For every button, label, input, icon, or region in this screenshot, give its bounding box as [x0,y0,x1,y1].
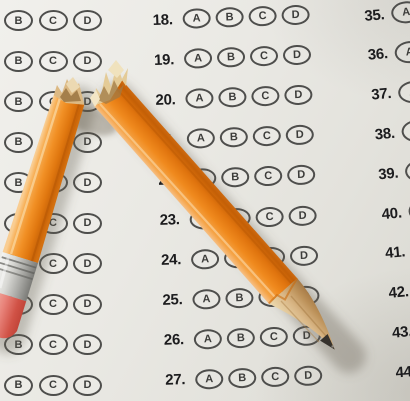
photo-answer-sheet-with-broken-pencil: BCDBCDBCDBCDBCDBCDBCDBCDBCDBCD 18.ABCD19… [0,0,410,401]
broken-pencil [0,0,410,401]
pencil-piece-lower [0,77,84,338]
pencil-piece-upper [90,60,335,350]
